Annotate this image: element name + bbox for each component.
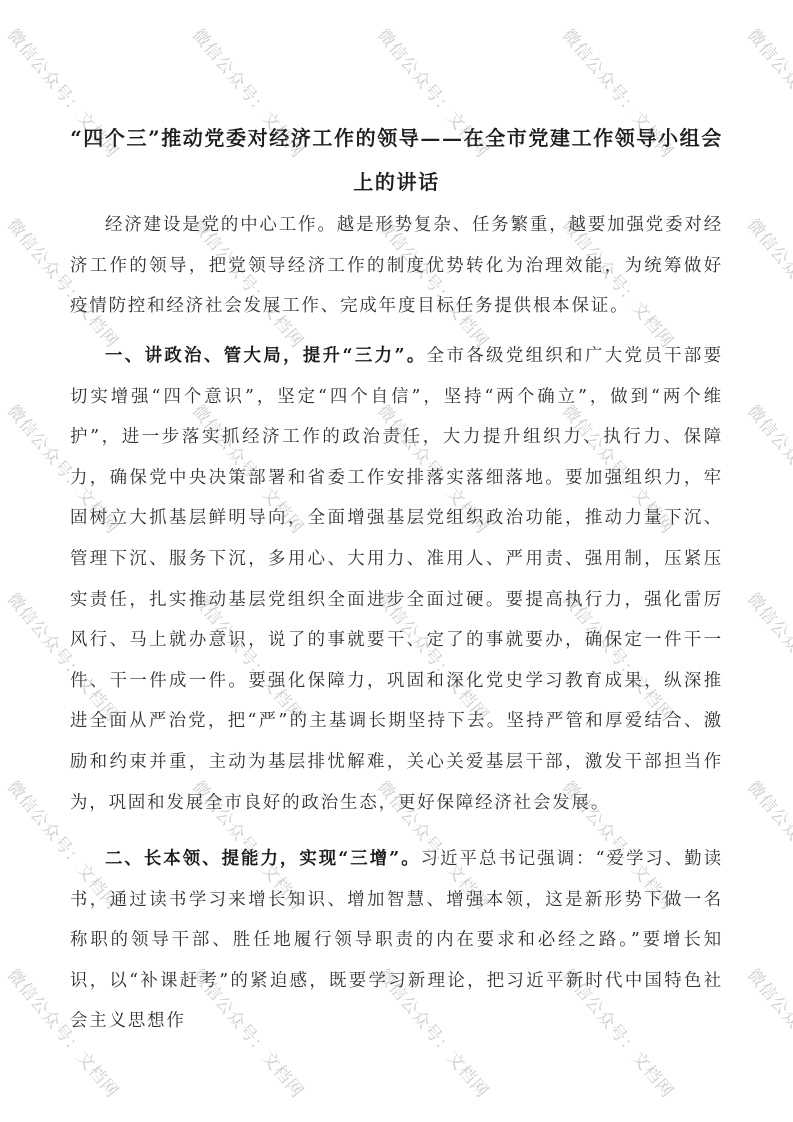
paragraph-section-1: 一、讲政治、管大局，提升“三力”。全市各级党组织和广大党员干部要切实增强“四个意… — [70, 336, 723, 823]
paragraph-section-2: 二、长本领、提能力，实现“三增”。习近平总书记强调：“爱学习、勤读书，通过读书学… — [70, 839, 723, 1042]
paragraph-text: 全市各级党组织和广大党员干部要切实增强“四个意识”，坚定“四个自信”，坚持“两个… — [70, 346, 723, 813]
watermark: 微信公众号：文档网 — [743, 774, 793, 914]
document-page: “四个三”推动党委对经济工作的领导——在全市党建工作领导小组会上的讲话 经济建设… — [0, 0, 793, 1122]
watermark: 微信公众号：文档网 — [743, 212, 793, 352]
section-heading: 一、讲政治、管大局，提升“三力”。 — [105, 346, 427, 366]
watermark: 微信公众号：文档网 — [743, 22, 793, 162]
watermark: 微信公众号：文档网 — [743, 586, 793, 726]
paragraph-text: 经济建设是党的中心工作。越是形势复杂、任务繁重，越要加强党委对经济工作的领导，把… — [70, 215, 723, 316]
paragraph-intro: 经济建设是党的中心工作。越是形势复杂、任务繁重，越要加强党委对经济工作的领导，把… — [70, 205, 723, 327]
paragraph-text: 习近平总书记强调：“爱学习、勤读书，通过读书学习来增长知识、增加智慧、增强本领，… — [70, 849, 723, 1031]
watermark: 微信公众号：文档网 — [743, 962, 793, 1102]
document-title: “四个三”推动党委对经济工作的领导——在全市党建工作领导小组会上的讲话 — [70, 116, 723, 204]
watermark: 微信公众号：文档网 — [743, 398, 793, 538]
section-heading: 二、长本领、提能力，实现“三增”。 — [105, 849, 421, 869]
